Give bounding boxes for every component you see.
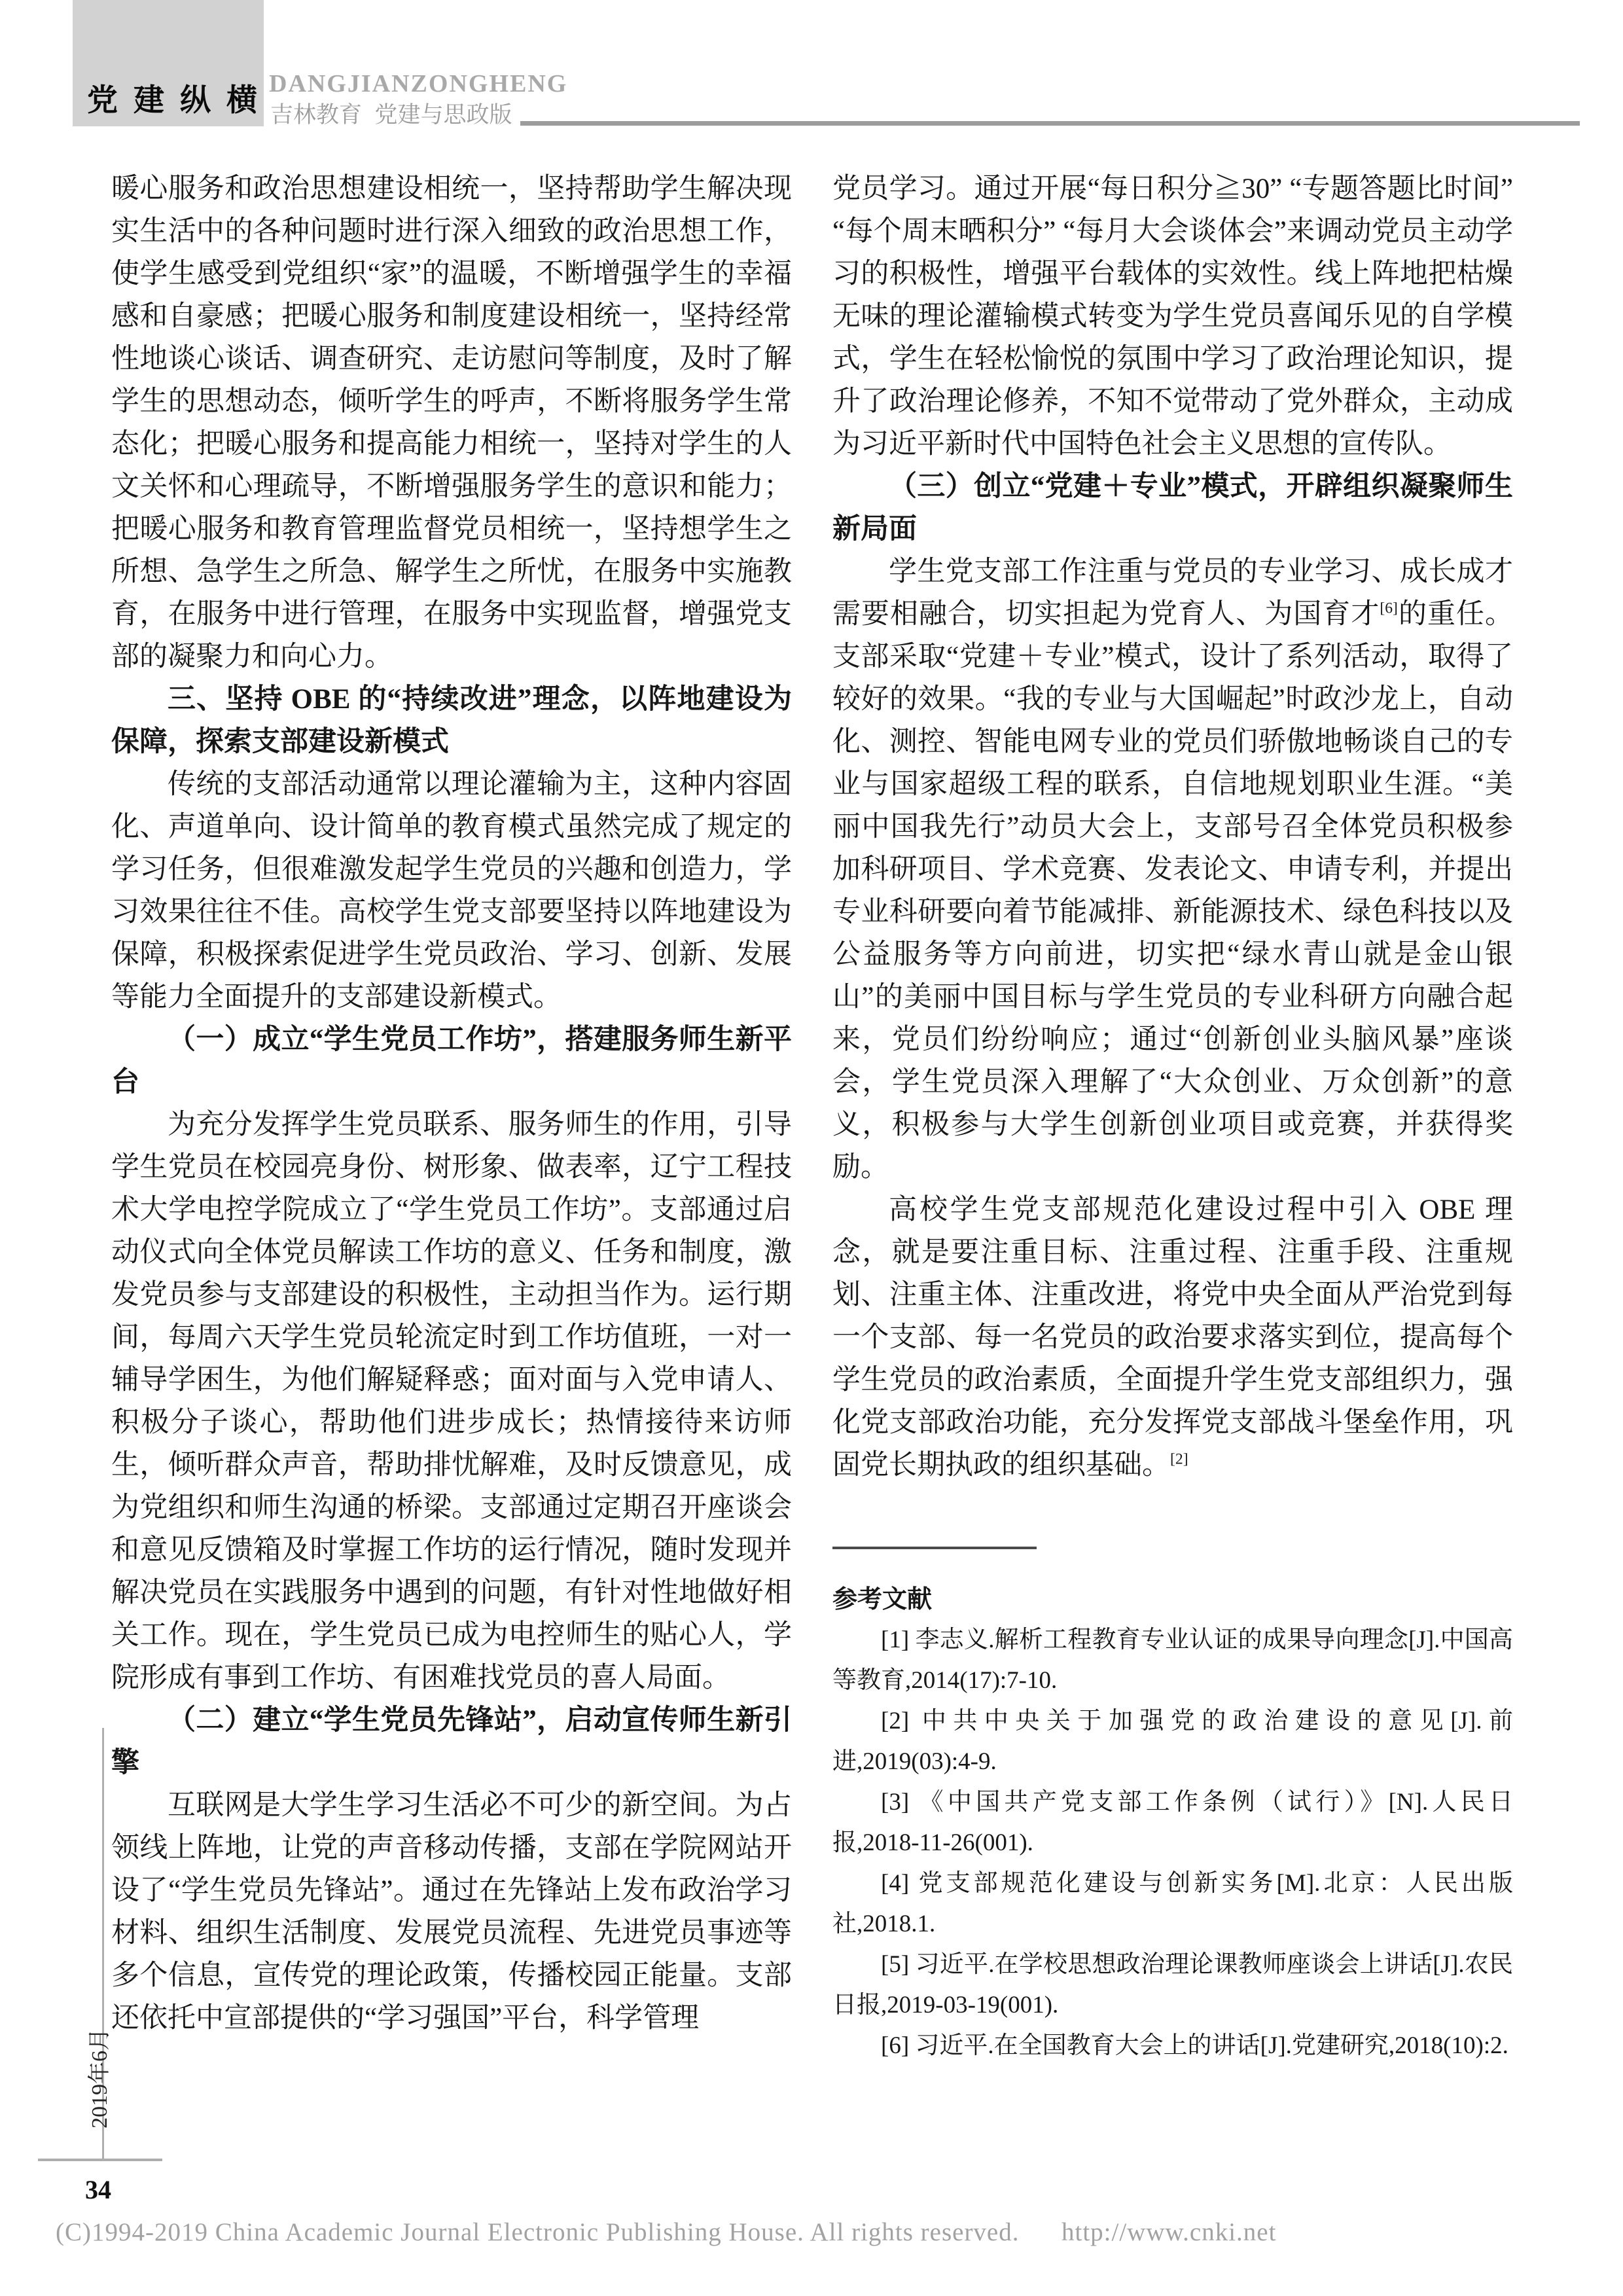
journal-page: 党建纵横 DANGJIANZONGHENG 吉林教育 党建与思政版 暖心服务和政…: [0, 0, 1623, 2296]
paragraph: 暖心服务和政治思想建设相统一，坚持帮助学生解决现实生活中的各种问题时进行深入细致…: [111, 168, 792, 678]
section-heading: （一）成立“学生党员工作坊”，搭建服务师生新平台: [111, 1018, 792, 1103]
right-text-column: 党员学习。通过开展“每日积分≧30” “专题答题比时间” “每个周末晒积分” “…: [832, 168, 1513, 2066]
references-divider-line: [832, 1547, 1037, 1549]
paragraph: 互联网是大学生学习生活必不可少的新空间。为占领线上阵地，让党的声音移动传播，支部…: [111, 1784, 792, 2039]
references-list: [1] 李志义.解析工程教育专业认证的成果导向理念[J].中国高等教育,2014…: [832, 1620, 1513, 2066]
section-heading: 三、坚持 OBE 的“持续改进”理念，以阵地建设为保障，探索支部建设新模式: [111, 678, 792, 763]
citation-marker: [6]: [1380, 600, 1398, 617]
journal-logo-box: 党建纵横: [73, 0, 264, 126]
journal-section-pinyin: DANGJIANZONGHENG: [269, 69, 567, 98]
citation-marker: [2]: [1170, 1451, 1188, 1468]
reference-item: [5] 习近平.在学校思想政治理论课教师座谈会上讲话[J].农民日报,2019-…: [832, 1945, 1513, 2026]
left-text-column: 暖心服务和政治思想建设相统一，坚持帮助学生解决现实生活中的各种问题时进行深入细致…: [111, 168, 792, 2039]
section-heading: （二）建立“学生党员先锋站”，启动宣传师生新引擎: [111, 1699, 792, 1784]
references-title: 参考文献: [832, 1579, 1513, 1620]
copyright-notice: (C)1994-2019 China Academic Journal Elec…: [56, 2217, 1276, 2247]
paragraph: 传统的支部活动通常以理论灌输为主，这种内容固化、声道单向、设计简单的教育模式虽然…: [111, 763, 792, 1018]
issue-date-vertical: 2019年6月: [81, 2028, 113, 2128]
sidebar-horizontal-line: [38, 2159, 162, 2161]
reference-item: [3] 《中国共产党支部工作条例（试行）》[N].人民日报,2018-11-26…: [832, 1782, 1513, 1863]
journal-edition-label: 吉林教育 党建与思政版: [270, 97, 512, 130]
reference-item: [1] 李志义.解析工程教育专业认证的成果导向理念[J].中国高等教育,2014…: [832, 1620, 1513, 1701]
paragraph: 党员学习。通过开展“每日积分≧30” “专题答题比时间” “每个周末晒积分” “…: [832, 168, 1513, 465]
reference-item: [2] 中共中央关于加强党的政治建设的意见[J].前进,2019(03):4-9…: [832, 1701, 1513, 1782]
reference-item: [4] 党支部规范化建设与创新实务[M].北京：人民出版社,2018.1.: [832, 1863, 1513, 1945]
paragraph: 为充分发挥学生党员联系、服务师生的作用，引导学生党员在校园亮身份、树形象、做表率…: [111, 1103, 792, 1699]
header-divider-line: [520, 121, 1580, 126]
right-column-paragraphs: 党员学习。通过开展“每日积分≧30” “专题答题比时间” “每个周末晒积分” “…: [832, 168, 1513, 1486]
section-heading: （三）创立“党建＋专业”模式，开辟组织凝聚师生新局面: [832, 465, 1513, 550]
paragraph: 高校学生党支部规范化建设过程中引入 OBE 理念，就是要注重目标、注重过程、注重…: [832, 1189, 1513, 1486]
reference-item: [6] 习近平.在全国教育大会上的讲话[J].党建研究,2018(10):2.: [832, 2026, 1513, 2066]
journal-section-title: 党建纵横: [87, 76, 273, 120]
paragraph: 学生党支部工作注重与党员的专业学习、成长成才需要相融合，切实担起为党育人、为国育…: [832, 550, 1513, 1189]
page-number: 34: [85, 2174, 111, 2205]
